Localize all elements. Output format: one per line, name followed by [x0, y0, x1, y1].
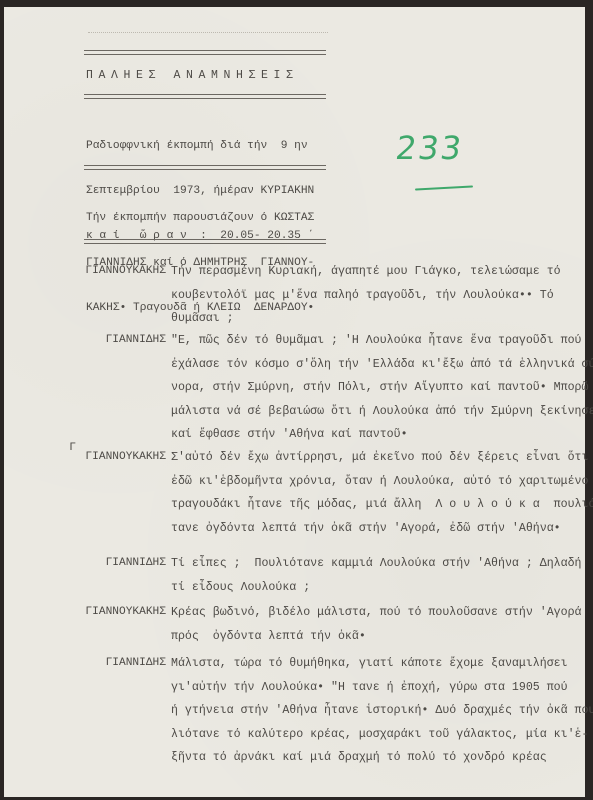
- handwritten-page-number: 233: [393, 129, 465, 167]
- speech-line: ἐδῶ κι'ἑβδομῆντα χρόνια, ὅταν ή Λουλούκα…: [171, 475, 593, 499]
- speech-text: Τί εἶπες ; Πουλιότανε καμμιά Λουλούκα στ…: [171, 557, 582, 604]
- speech-line: πρός ὀγδόντα λεπτά τήν ὀκᾶ•: [171, 630, 582, 654]
- speech-line: γι'αὐτήν τήν Λουλούκα• "Η τανε ή ἐποχή, …: [171, 681, 593, 705]
- speech-line: "Ε, πῶς δέν τό θυμᾶμαι ; 'Η Λουλούκα ἦτα…: [171, 334, 593, 358]
- header-rule-top: [84, 50, 326, 55]
- presenters-line: Τήν έκπομπήν παρουσιάζουν ό ΚΩΣΤΑΣ: [86, 211, 314, 226]
- speech-line: τί εἶδους Λουλούκα ;: [171, 581, 582, 605]
- broadcast-info-line: Ραδιοφφνική έκπομπή διά τήν 9 ην: [86, 139, 314, 154]
- speech-line: τανε ὀγδόντα λεπτά τήν ὀκᾶ στήν 'Αγορά, …: [171, 522, 593, 546]
- speaker-name: ΓΙΑΝΝΟΥΚΑΚΗΣ: [4, 451, 166, 463]
- speaker-name: ΓΙΑΝΝΙΔΗΣ: [4, 557, 166, 569]
- document-title: ΠΑΛΗΕΣ ΑΝΑΜΝΗΣΕΙΣ: [86, 69, 299, 82]
- header-rule-info: [84, 165, 326, 170]
- speech-line: Σ'αὐτό δέν ἔχω ἀντίρρησι, μά ἐκεῖνο πού …: [171, 451, 593, 475]
- speech-line: Τήν περασμένη Κυριακή, άγαπητέ μου Γιάγκ…: [171, 265, 561, 289]
- speech-line: ή γτήνεια στήν 'Αθήνα ἦτανε ἱστορική• Δυ…: [171, 704, 593, 728]
- page-number-underline: [415, 185, 473, 190]
- speaker-name: ΓΙΑΝΝΟΥΚΑΚΗΣ: [4, 265, 166, 277]
- speech-line: νορα, στήν Σμύρνη, στήν Πόλι, στήν Αἴγυπ…: [171, 381, 593, 405]
- speech-line: Μάλιστα, τώρα τό θυμήθηκα, γιατί κάποτε …: [171, 657, 593, 681]
- speaker-name: ΓΙΑΝΝΟΥΚΑΚΗΣ: [4, 606, 166, 618]
- speech-text: Τήν περασμένη Κυριακή, άγαπητέ μου Γιάγκ…: [171, 265, 561, 336]
- speech-line: θυμᾶσαι ;: [171, 312, 561, 336]
- speech-line: Τί εἶπες ; Πουλιότανε καμμιά Λουλούκα στ…: [171, 557, 582, 581]
- header-rule-bottom: [84, 239, 326, 244]
- speech-line: Κρέας βωδινό, βιδέλο μάλιστα, πού τό που…: [171, 606, 582, 630]
- header-rule-title: [84, 94, 326, 99]
- speech-text: "Ε, πῶς δέν τό θυμᾶμαι ; 'Η Λουλούκα ἦτα…: [171, 334, 593, 452]
- document-page: ΠΑΛΗΕΣ ΑΝΑΜΝΗΣΕΙΣ Ραδιοφφνική έκπομπή δι…: [4, 7, 585, 797]
- speech-line: καί ἔφθασε στήν 'Αθήνα καί παντοῦ•: [171, 428, 593, 452]
- speech-text: Μάλιστα, τώρα τό θυμήθηκα, γιατί κάποτε …: [171, 657, 593, 775]
- speech-text: Σ'αὐτό δέν ἔχω ἀντίρρησι, μά ἐκεῖνο πού …: [171, 451, 593, 545]
- speech-text: Κρέας βωδινό, βιδέλο μάλιστα, πού τό που…: [171, 606, 582, 653]
- speech-line: μάλιστα νά σέ βεβαιώσω ὅτι ή Λουλούκα ἀπ…: [171, 405, 593, 429]
- speech-line: κουβεντολόϊ μας μ'ἕνα παληό τραγοῦδι, τή…: [171, 289, 561, 313]
- speech-line: ἐχάλασε τόν κόσμο σ'ὅλη τήν 'Ελλάδα κι'ἔ…: [171, 358, 593, 382]
- speech-line: τραγουδάκι ἦτανε τῆς μόδας, μιά ἄλλη Λ ο…: [171, 498, 593, 522]
- speech-line: ξῆντα τό ἀρνάκι καί μιά δραχμή τό πολύ τ…: [171, 751, 593, 775]
- faint-dotted-rule: [88, 32, 328, 33]
- speaker-name: ΓΙΑΝΝΙΔΗΣ: [4, 334, 166, 346]
- speech-line: λιότανε τό καλύτερο κρέας, μοσχαράκι τοῦ…: [171, 728, 593, 752]
- speaker-name: ΓΙΑΝΝΙΔΗΣ: [4, 657, 166, 669]
